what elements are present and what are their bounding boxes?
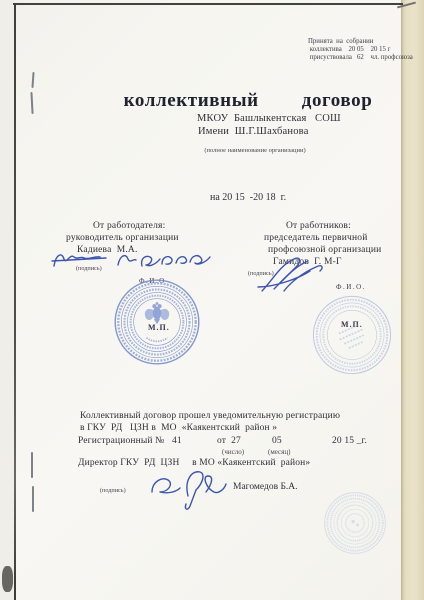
meeting-note-line1: Принята на собрании [308,38,413,46]
registration-number-value: 41 [172,436,182,446]
director-signature-ink [144,466,239,511]
document-title: коллективный договор [70,90,424,112]
employer-round-stamp [113,278,201,366]
employer-heading: От работодателя: [93,221,165,231]
registration-year-value: 20 15 _г. [332,436,367,446]
employer-role: руководитель организации [66,233,179,243]
registration-captions-row: (число) (месяц) [0,448,424,458]
scanner-margin-left [0,0,14,600]
employees-mp-label: М.П. [341,320,363,329]
scan-border-left [14,3,16,600]
employees-role-line1: председатель первичной [264,233,368,243]
registration-round-stamp [322,490,388,556]
scan-smudge-bottom-left [2,566,13,592]
agreement-period: на 20 15 -20 18 г. [210,192,286,203]
employees-heading: От работников: [286,221,351,231]
meeting-note: Принята на собрании коллектива 20 05 20 … [308,38,413,62]
meeting-note-line3: присуствовала 62 чл. профсоюза [308,54,413,62]
double-eagle-emblem-icon [145,302,169,323]
org-name-line1: МКОУ Башлыкентская СОШ [197,113,341,124]
margin-pen-mark [32,486,34,512]
org-name-line2: Имени Ш.Г.Шахбанова [198,126,309,137]
employees-signature-ink [250,253,345,295]
registration-month-value: 05 [272,436,282,446]
employer-signature-ink [50,246,215,274]
registration-line1: Коллективный договор прошел уведомительн… [80,411,340,421]
employees-round-stamp [298,281,406,389]
scan-border-top [13,3,403,5]
margin-pen-mark [30,92,33,114]
director-sign-caption: (подпись) [100,487,126,494]
registration-number-row: Регистрационный № 41 от 27 05 20 15 _г. [0,436,424,448]
director-name: Магомедов Б.А. [233,482,298,492]
registration-day-value: от 27 [217,436,241,446]
margin-pen-mark [31,72,34,88]
employer-mp-label: М.П. [148,323,170,332]
month-caption: (месяц) [268,448,290,456]
registration-number-label: Регистрационный № [78,436,164,446]
day-caption: (число) [222,448,244,456]
employer-fio-caption: Ф.И.О [139,277,166,285]
registration-line2: в ГКУ РД ЦЗН в МО «Каякентский район » [80,423,277,433]
meeting-note-line2: коллектива 20 05 20 15 г [308,46,413,54]
scanned-document-page: Принята на собрании коллектива 20 05 20 … [0,0,424,600]
org-name-caption: (полное наименование организации) [180,147,330,154]
